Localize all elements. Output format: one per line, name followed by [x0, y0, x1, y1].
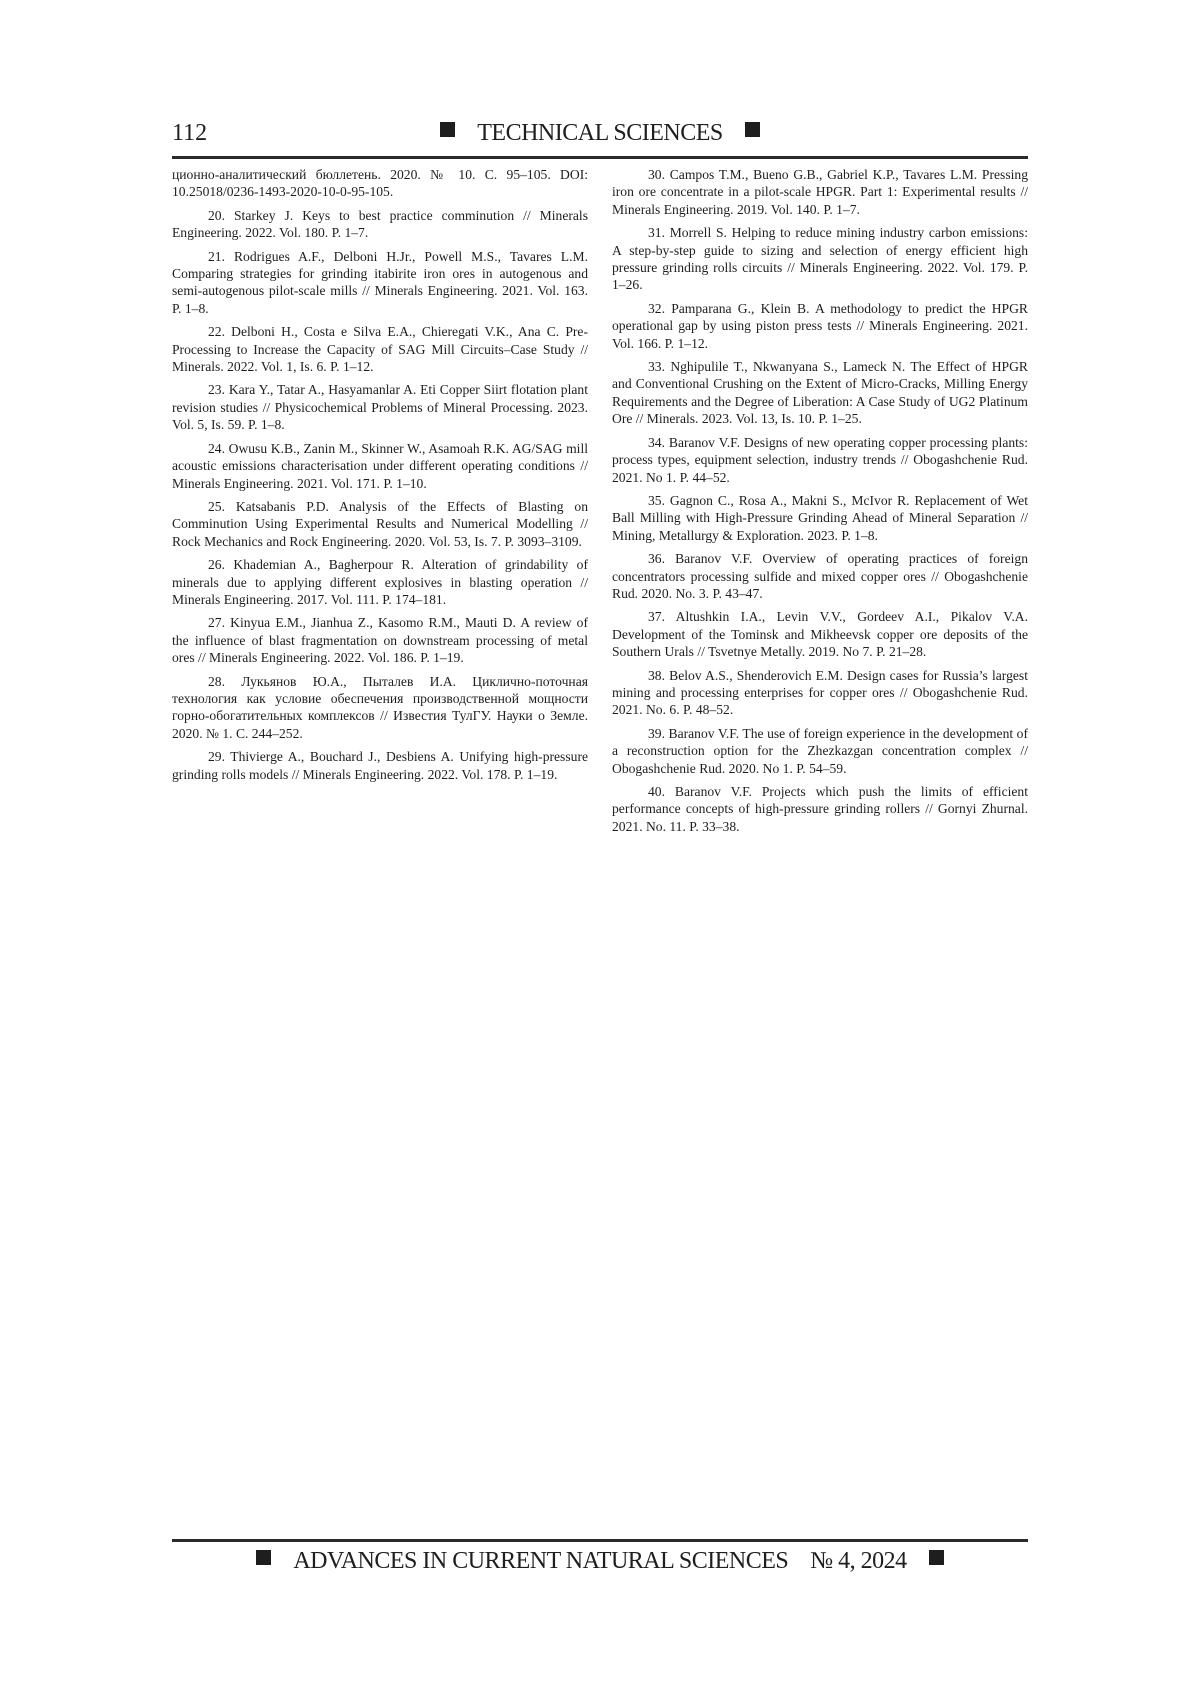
- square-bullet-icon: [256, 1550, 271, 1565]
- reference-item: 31. Morrell S. Helping to reduce mining …: [612, 224, 1028, 294]
- page-footer: ADVANCES IN CURRENT NATURAL SCIENCES№ 4,…: [172, 1546, 1028, 1576]
- references-left-column: ционно-аналитический бюллетень. 2020. № …: [172, 166, 588, 789]
- reference-item: 25. Katsabanis P.D. Analysis of the Effe…: [172, 498, 588, 550]
- reference-item: 37. Altushkin I.A., Levin V.V., Gordeev …: [612, 608, 1028, 660]
- reference-item: 23. Kara Y., Tatar A., Hasyamanlar A. Et…: [172, 381, 588, 433]
- page-header: 112 TECHNICAL SCIENCES: [172, 118, 1028, 158]
- running-title: TECHNICAL SCIENCES: [172, 118, 1028, 148]
- reference-item: 21. Rodrigues A.F., Delboni H.Jr., Powel…: [172, 248, 588, 318]
- reference-item: 33. Nghipulile T., Nkwanyana S., Lameck …: [612, 358, 1028, 428]
- reference-item: 20. Starkey J. Keys to best practice com…: [172, 207, 588, 242]
- square-bullet-icon: [929, 1550, 944, 1565]
- reference-item: 26. Khademian A., Bagherpour R. Alterati…: [172, 556, 588, 608]
- journal-title: ADVANCES IN CURRENT NATURAL SCIENCES: [293, 1548, 788, 1574]
- reference-item: 38. Belov A.S., Shenderovich E.M. Design…: [612, 667, 1028, 719]
- reference-item: 39. Baranov V.F. The use of foreign expe…: [612, 725, 1028, 777]
- reference-item: 27. Kinyua E.M., Jianhua Z., Kasomo R.M.…: [172, 614, 588, 666]
- reference-item: 24. Owusu K.B., Zanin M., Skinner W., As…: [172, 440, 588, 492]
- square-bullet-icon: [440, 122, 455, 137]
- reference-item: 29. Thivierge A., Bouchard J., Desbiens …: [172, 748, 588, 783]
- issue-number: № 4, 2024: [810, 1548, 906, 1574]
- reference-item: 32. Pamparana G., Klein B. A methodology…: [612, 300, 1028, 352]
- reference-item: 36. Baranov V.F. Overview of operating p…: [612, 550, 1028, 602]
- references-right-column: 30. Campos T.M., Bueno G.B., Gabriel K.P…: [612, 166, 1028, 841]
- reference-item: 22. Delboni H., Costa e Silva E.A., Chie…: [172, 323, 588, 375]
- reference-item: 40. Baranov V.F. Projects which push the…: [612, 783, 1028, 835]
- reference-item: 34. Baranov V.F. Designs of new operatin…: [612, 434, 1028, 486]
- reference-item: 30. Campos T.M., Bueno G.B., Gabriel K.P…: [612, 166, 1028, 218]
- reference-item: 28. Лукьянов Ю.А., Пыталев И.А. Циклично…: [172, 673, 588, 743]
- footer-rule: [172, 1539, 1028, 1542]
- section-title: TECHNICAL SCIENCES: [477, 120, 722, 146]
- header-rule: [172, 156, 1028, 159]
- reference-continuation: ционно-аналитический бюллетень. 2020. № …: [172, 166, 588, 201]
- reference-item: 35. Gagnon C., Rosa A., Makni S., McIvor…: [612, 492, 1028, 544]
- square-bullet-icon: [745, 122, 760, 137]
